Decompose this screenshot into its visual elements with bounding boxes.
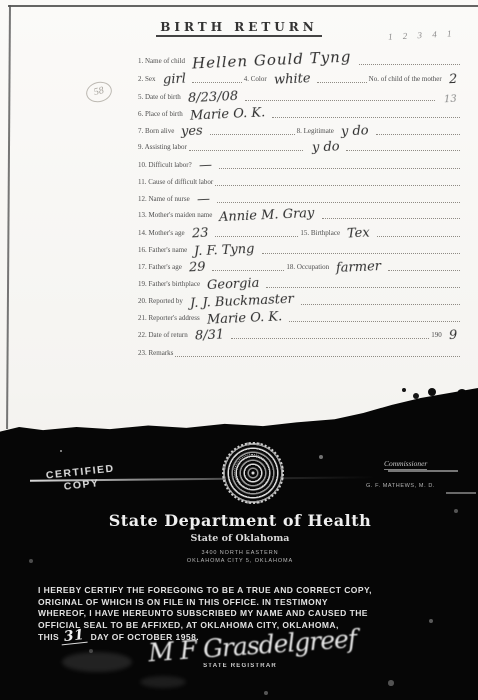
field-label: 11. Cause of difficult labor bbox=[138, 178, 213, 188]
form-row: 9. Assisting labor y do bbox=[138, 138, 462, 153]
pencil-marks: 1 2 3 4 1 bbox=[388, 28, 456, 42]
field-label: 14. Mother's age bbox=[138, 229, 185, 239]
field-label: No. of child of the mother bbox=[369, 75, 442, 85]
form-row: 22. Date of return8/31 1909 bbox=[138, 326, 462, 341]
address-line-2: OKLAHOMA CITY 5, OKLAHOMA bbox=[60, 558, 420, 564]
scanned-birth-certificate: BIRTH RETURN 1 2 3 4 1 58 1. Name of chi… bbox=[0, 0, 478, 700]
form-row: 21. Reporter's addressMarie O. K. bbox=[138, 309, 462, 324]
field-value-handwritten: girl bbox=[162, 72, 185, 88]
form-row: 11. Cause of difficult labor bbox=[138, 173, 462, 188]
form-row: 16. Father's nameJ. F. Tyng bbox=[138, 241, 462, 256]
field-value-handwritten: Hellen Gould Tyng bbox=[192, 48, 352, 73]
field-value-handwritten: Annie M. Gray bbox=[219, 206, 315, 225]
dotted-leader bbox=[262, 252, 460, 254]
state-seal-icon bbox=[222, 442, 284, 504]
state-subheader: State of Oklahoma bbox=[60, 533, 420, 544]
field-label: 7. Born alive bbox=[138, 127, 174, 137]
dotted-leader bbox=[377, 235, 460, 237]
pencil-annotation: 13 bbox=[444, 94, 457, 106]
field-value-handwritten: J. F. Tyng bbox=[194, 242, 255, 260]
form-row: 1. Name of childHellen Gould Tyng bbox=[138, 52, 462, 67]
field-label: 18. Occupation bbox=[286, 263, 329, 273]
scan-smudge bbox=[62, 652, 132, 672]
dotted-leader bbox=[266, 286, 460, 288]
field-value-handwritten: 9 bbox=[448, 328, 457, 343]
dotted-leader bbox=[272, 116, 460, 118]
state-registrar-label: STATE REGISTRAR bbox=[120, 663, 360, 669]
scan-edge-left bbox=[6, 5, 11, 429]
scan-noise-dark-speckles bbox=[402, 388, 406, 392]
dotted-leader bbox=[215, 235, 298, 237]
dotted-leader bbox=[175, 355, 460, 357]
field-value-handwritten: 2 bbox=[448, 72, 457, 87]
dotted-leader bbox=[346, 149, 460, 151]
dotted-leader bbox=[245, 99, 435, 101]
department-header: State Department of Health bbox=[60, 511, 420, 530]
field-label: 20. Reported by bbox=[138, 297, 183, 307]
field-value-handwritten: 23 bbox=[191, 226, 208, 242]
circled-pencil-note: 58 bbox=[84, 79, 114, 105]
dotted-leader bbox=[376, 133, 460, 135]
field-value-handwritten: Tex bbox=[347, 226, 370, 242]
form-title-text: BIRTH RETURN bbox=[156, 20, 321, 37]
field-label: 19. Father's birthplace bbox=[138, 280, 200, 290]
printed-year-prefix: 190 bbox=[431, 331, 442, 341]
field-value-handwritten: — bbox=[196, 192, 210, 208]
form-row: 23. Remarks bbox=[138, 344, 462, 359]
field-value-handwritten: 8/23/08 bbox=[187, 89, 238, 106]
commissioner-name: G. F. MATHEWS, M. D. bbox=[366, 483, 435, 489]
field-value-handwritten: Marie O. K. bbox=[189, 105, 265, 123]
dotted-leader bbox=[231, 337, 429, 339]
form-row: 14. Mother's age23 15. BirthplaceTex bbox=[138, 224, 462, 239]
dotted-leader bbox=[289, 320, 460, 322]
field-label: 9. Assisting labor bbox=[138, 143, 187, 153]
field-label: 16. Father's name bbox=[138, 246, 187, 256]
field-value-handwritten: Georgia bbox=[207, 276, 260, 293]
scan-streak bbox=[388, 470, 458, 472]
certify-line: ORIGINAL OF WHICH IS ON FILE IN THIS OFF… bbox=[38, 597, 450, 609]
handwritten-day: 31 bbox=[61, 630, 89, 645]
field-label: 23. Remarks bbox=[138, 349, 173, 359]
form-row: 17. Father's age29 18. Occupationfarmer bbox=[138, 258, 462, 273]
dotted-leader bbox=[359, 63, 461, 65]
form-row: 7. Born aliveyes 8. Legitimatey do bbox=[138, 122, 462, 137]
field-value-handwritten: farmer bbox=[336, 259, 382, 276]
scan-edge-top bbox=[8, 5, 478, 7]
field-label: 21. Reporter's address bbox=[138, 314, 200, 324]
dotted-leader bbox=[189, 149, 303, 151]
certify-line: I HEREBY CERTIFY THE FOREGOING TO BE A T… bbox=[38, 585, 450, 597]
form-row: 19. Father's birthplaceGeorgia bbox=[138, 275, 462, 290]
field-label: 12. Name of nurse bbox=[138, 195, 190, 205]
form-row: 12. Name of nurse— bbox=[138, 190, 462, 205]
this-label: THIS bbox=[38, 632, 59, 642]
certify-line: WHEREOF, I HAVE HEREUNTO SUBSCRIBED MY N… bbox=[38, 608, 450, 620]
form-row: 20. Reported byJ. J. Buckmaster bbox=[138, 292, 462, 307]
scan-smudge bbox=[140, 676, 186, 688]
field-label: 10. Difficult labor? bbox=[138, 161, 192, 171]
field-label: 6. Place of birth bbox=[138, 110, 183, 120]
state-seal-inner-ring bbox=[234, 454, 270, 490]
dotted-leader bbox=[317, 81, 366, 83]
field-value-handwritten: 8/31 bbox=[194, 327, 224, 343]
dotted-leader bbox=[212, 269, 284, 271]
dotted-leader bbox=[192, 81, 241, 83]
field-value-handwritten: 29 bbox=[189, 260, 206, 276]
form-row: 10. Difficult labor?— bbox=[138, 156, 462, 171]
field-label: 5. Date of birth bbox=[138, 93, 181, 103]
field-label: 2. Sex bbox=[138, 75, 156, 85]
scan-streak bbox=[446, 492, 476, 494]
field-label: 15. Birthplace bbox=[300, 229, 340, 239]
field-value-handwritten: — bbox=[198, 158, 212, 174]
form-row: 13. Mother's maiden nameAnnie M. Gray bbox=[138, 206, 462, 221]
field-label: 22. Date of return bbox=[138, 331, 188, 341]
dotted-leader bbox=[388, 269, 460, 271]
field-label: 13. Mother's maiden name bbox=[138, 211, 212, 221]
address-line-1: 3400 NORTH EASTERN bbox=[60, 550, 420, 556]
form-row: 5. Date of birth8/23/08 13 bbox=[138, 88, 462, 103]
field-value-handwritten: Marie O. K. bbox=[206, 309, 282, 327]
field-label: 1. Name of child bbox=[138, 57, 185, 67]
field-label: 17. Father's age bbox=[138, 263, 182, 273]
field-label: 4. Color bbox=[244, 75, 267, 85]
dotted-leader bbox=[301, 303, 460, 305]
dotted-leader bbox=[219, 167, 460, 169]
dotted-leader bbox=[217, 201, 460, 203]
scan-noise-light-speckles bbox=[60, 450, 62, 452]
form-row: 6. Place of birthMarie O. K. bbox=[138, 105, 462, 120]
field-label: 8. Legitimate bbox=[297, 127, 334, 137]
commissioner-title: Commissioner bbox=[384, 459, 427, 470]
dotted-leader bbox=[215, 184, 460, 186]
dotted-leader bbox=[322, 217, 460, 219]
field-value-handwritten: white bbox=[273, 71, 310, 88]
field-value-handwritten: y do bbox=[311, 139, 339, 155]
dotted-leader bbox=[210, 133, 294, 135]
form-row: 2. Sexgirl 4. Colorwhite No. of child of… bbox=[138, 70, 462, 85]
